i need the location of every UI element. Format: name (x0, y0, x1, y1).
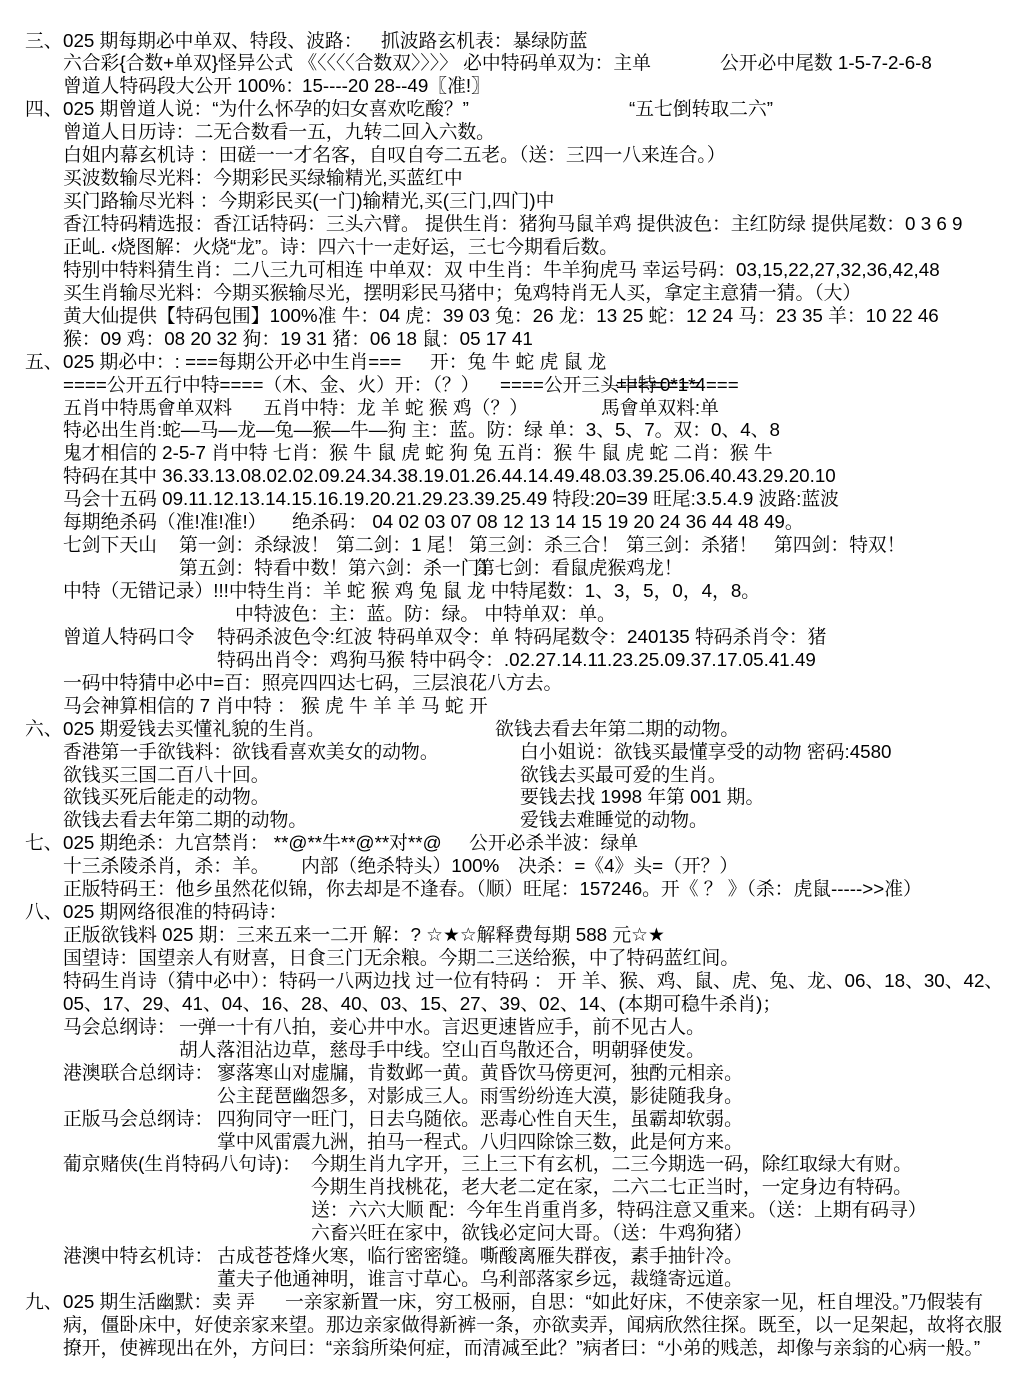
section-heading-line: 九、 025 期生活幽默：卖 弄 一亲家新置一床，穷工极丽，自思：“如此好床，不… (0, 1291, 1021, 1314)
poem-title: 马会总纲诗： (63, 1016, 176, 1039)
text-line: 病，僵卧床中，好使亲家来望。那边亲家做得新裤一条，亦欲卖弄，闻病欣然往探。既至，… (0, 1314, 1021, 1337)
text-line: 马会神算相信的 7 肖中特 ： 猴 虎 牛 羊 羊 马 蛇 开 (0, 695, 1021, 718)
text-line: 中特波色：主：蓝。防：绿。 中特单双：单。 (0, 603, 1021, 626)
line-label: 五肖中特馬會单双料 (63, 397, 232, 420)
line-text: 中特波色：主：蓝。防：绿。 中特单双：单。 (235, 603, 616, 626)
riddle-left: 欲钱买死后能走的动物。 (63, 786, 270, 809)
poem-line: 港澳中特玄机诗： 古成苍苍烽火寒，临行密密缝。嘶酸离雁失群夜，素手抽针冷。 (0, 1245, 1021, 1268)
line-text: 一码中特猜中必中=百：照亮四四达七码，三层浪花八方去。 (63, 672, 562, 695)
section-marker: 四、 (25, 98, 63, 121)
line-text: 曾道人日历诗：二无合数看一五，九转二回入六数。 (63, 121, 495, 144)
riddle-left: 欲钱买三国二百八十回。 (63, 764, 270, 787)
sword-item: 第四剑：特双！ (774, 534, 905, 557)
zodiac-list-text: 开：兔 牛 蛇 虎 鼠 龙 (430, 351, 606, 374)
poem-verse: 六畜兴旺在家中，欲钱必定问大哥。（送：牛鸡狗猪） (311, 1222, 752, 1245)
line-text: 特码在其中 36.33.13.08.02.02.09.24.34.38.19.0… (63, 465, 836, 488)
line-label: 七剑下天山 (63, 534, 157, 557)
text-line: 香港第一手欲钱料：欲钱看喜欢美女的动物。 白小姐说：欲钱买最懂享受的动物 密码:… (0, 741, 1021, 764)
line-text: 白姐内幕玄机诗 ：田磋一一才名客，自叹自夸二五老。（送：三四一八来连合。） (63, 144, 726, 167)
poem-verse: 寥落寒山对虚牖，肯数邺一黄。黄昏饮马傍更河，独酌元相亲。 (217, 1062, 743, 1085)
riddle-right: 爱钱去难睡觉的动物。 (520, 809, 708, 832)
line-text: 黄大仙提供【特码包围】100%准 牛：04 虎：39 03 兔：26 龙：13 … (63, 305, 939, 328)
riddle-hint-text: “五七倒转取二六” (629, 98, 773, 121)
text-line: 六合彩{合数+单双}怪异公式 《〈〈〈〈合数双〉〉〉〉 必中特码单双为：主单 公… (0, 52, 1021, 75)
text-line: 撩开，使裤现出在外，方问曰：“亲翁所染何症，而清减至此？”病者曰：“小弟的贱恙，… (0, 1337, 1021, 1360)
text-line: 05、17、29、41、04、16、28、40、03、15、27、39、02、1… (0, 993, 1021, 1016)
poem-verse: 今期生肖找桃花，老大老二定在家，二六二七正当时，一定身边有特码。 (311, 1176, 912, 1199)
riddle-right: 欲钱去看去年第二期的动物。 (495, 718, 739, 741)
line-text: 国望诗：国望亲人有财喜，日食三门无余粮。今期二三送给猴，中了特码蓝红间。 (63, 947, 739, 970)
text-line: 欲钱买三国二百八十回。 欲钱去买最可爱的生肖。 (0, 764, 1021, 787)
poem-title: 葡京赌侠(生肖特码八句诗)： (63, 1153, 301, 1176)
text-line: 曾道人日历诗：二无合数看一五，九转二回入六数。 (0, 121, 1021, 144)
line-text: 正乢. ‹烧图解：火烧“龙”。诗：四六十一走好运，三七今期看后数。 (63, 236, 618, 259)
riddle-right: 白小姐说：欲钱买最懂享受的动物 密码:4580 (520, 741, 892, 764)
poem-verse: 四狗同守一旺门，日去乌随依。恶毒心性自天生，虽霸却软弱。 (217, 1108, 743, 1131)
poem-verse: 一弹一十有八拍，妾心井中水。言迟更速皆应手，前不见古人。 (179, 1016, 705, 1039)
line-text: 内部（绝杀特头）100% (301, 855, 499, 878)
document-page: 三、 025 期每期必中单双、特段、波路： 抓波路玄机表：暴绿防蓝 六合彩{合数… (0, 0, 1021, 1388)
line-text: 买波数输尽光料：今期彩民买绿输精光,买蓝红中 (63, 167, 463, 190)
text-line: 特别中特料猜生肖：二八三九可相连 中单双：双 中生肖：牛羊狗虎马 幸运号码：03… (0, 259, 1021, 282)
section-heading-line: 八、 025 期网络很准的特码诗： (0, 901, 1021, 924)
poem-line: 今期生肖找桃花，老大老二定在家，二六二七正当时，一定身边有特码。 (0, 1176, 1021, 1199)
section-three-odd-even-wave: 三、 025 期每期必中单双、特段、波路： 抓波路玄机表：暴绿防蓝 六合彩{合数… (0, 30, 1021, 99)
section-heading-text: 025 期绝杀：九宫禁肖： **@**牛**@**对**@ (63, 832, 442, 855)
line-text: 猴：09 鸡：08 20 32 狗：19 31 猪：06 18 鼠：05 17 … (63, 328, 533, 351)
poem-line: 马会总纲诗： 一弹一十有八拍，妾心井中水。言迟更速皆应手，前不见古人。 (0, 1016, 1021, 1039)
tail-numbers-text: 公开必中尾数 1-5-7-2-6-8 (720, 52, 932, 75)
riddle-left: 欲钱去看去年第二期的动物。 (63, 809, 307, 832)
poem-verse: 公主琵琶幽怨多，对影成三人。雨雪纷纷连大漠，影徒随我身。 (217, 1085, 743, 1108)
sword-item: 第二剑：1 尾！ (336, 534, 464, 557)
text-line: 特码出肖令：鸡狗马猴 特中码令：.02.27.14.11.23.25.09.37… (0, 649, 1021, 672)
odd-even-text: 馬會单双料:单 (601, 397, 719, 420)
poem-line: 公主琵琶幽怨多，对影成三人。雨雪纷纷连大漠，影徒随我身。 (0, 1085, 1021, 1108)
section-marker: 五、 (25, 351, 63, 374)
line-text: 马会神算相信的 7 肖中特 ： 猴 虎 牛 羊 羊 马 蛇 开 (63, 695, 488, 718)
section-marker: 九、 (25, 1291, 63, 1314)
text-line: 欲钱买死后能走的动物。 要钱去找 1998 年第 001 期。 (0, 786, 1021, 809)
poem-line: 葡京赌侠(生肖特码八句诗)： 今期生肖九字开，三上三下有玄机，二三今期选一码，除… (0, 1153, 1021, 1176)
poem-title: 港澳联合总纲诗： (63, 1062, 213, 1085)
wave-mystery-table-text: 抓波路玄机表：暴绿防蓝 (381, 30, 588, 53)
text-line: 买门路输尽光料 ：今期彩民买(一门)输精光,买(三门,四门)中 (0, 190, 1021, 213)
poem-verse: 今期生肖九字开，三上三下有玄机，二三今期选一码，除红取绿大有财。 (311, 1153, 912, 1176)
poem-verse: 掌中风雷震九洲，拍马一程式。八归四除馀三数，此是何方来。 (217, 1131, 743, 1154)
sword-item: 第一剑：杀绿波！ (179, 534, 329, 557)
sword-item: 第三剑：杀猪！ (626, 534, 757, 557)
line-label: 曾道人特码口令 (63, 626, 194, 649)
text-line: 五肖中特馬會单双料 五肖中特：龙 羊 蛇 猴 鸡（？） 馬會单双料:单 (0, 397, 1021, 420)
section-heading-line: 七、 025 期绝杀：九宫禁肖： **@**牛**@**对**@ 公开必杀半波：… (0, 832, 1021, 855)
poem-verse: 董夫子他通神明，谁言寸草心。乌利部落家乡远，裁缝寄远道。 (217, 1268, 743, 1291)
section-marker: 七、 (25, 832, 63, 855)
text-line: 鬼才相信的 2-5-7 肖中特 七肖：猴 牛 鼠 虎 蛇 狗 兔 五肖：猴 牛 … (0, 442, 1021, 465)
section-heading-line: 五、 025 期必中：: ===每期公开必中生肖=== 开：兔 牛 蛇 虎 鼠 … (0, 351, 1021, 374)
story-text: 撩开，使裤现出在外，方问曰：“亲翁所染何症，而清减至此？”病者曰：“小弟的贱恙，… (63, 1337, 980, 1360)
line-text: 正版特码王：他乡虽然花似锦，你去却是不逢春。（顺）旺尾：157246。开《 ？ … (63, 878, 922, 901)
formula-text: 六合彩{合数+单双}怪异公式 《〈〈〈〈合数双〉〉〉〉 必中特码单双为：主单 (63, 52, 651, 75)
segment-range-text: 15----20 28--49〖准!〗 (302, 75, 490, 98)
text-line: 七剑下天山 第一剑：杀绿波！ 第二剑：1 尾！ 第三剑：杀三合！ 第三剑：杀猪！… (0, 534, 1021, 557)
poem-line: 送：六六大顺 配：今年生肖重肖多，特码注意又重来。（送：上期有码寻） (0, 1199, 1021, 1222)
line-text: 特码出肖令：鸡狗马猴 特中码令：.02.27.14.11.23.25.09.37… (217, 649, 816, 672)
line-text: 特必出生肖:蛇—马—龙—兔—猴—牛—狗 主：蓝。防：绿 单：3、5、7。双：0、… (63, 419, 780, 442)
line-text: 鬼才相信的 2-5-7 肖中特 七肖：猴 牛 鼠 虎 蛇 狗 兔 五肖：猴 牛 … (63, 442, 773, 465)
text-line: 黄大仙提供【特码包围】100%准 牛：04 虎：39 03 兔：26 龙：13 … (0, 305, 1021, 328)
text-line: 曾道人特码口令 特码杀波色令:红波 特码单双令：单 特码尾数令：240135 特… (0, 626, 1021, 649)
section-seven-kill: 七、 025 期绝杀：九宫禁肖： **@**牛**@**对**@ 公开必杀半波：… (0, 832, 1021, 901)
section-heading-text: 025 期网络很准的特码诗： (63, 901, 287, 924)
poem-verse: 胡人落泪沾边草，慈母手中线。空山百鸟散还合，明朝驿使发。 (179, 1039, 705, 1062)
text-line: 正乢. ‹烧图解：火烧“龙”。诗：四六十一走好运，三七今期看后数。 (0, 236, 1021, 259)
text-line: 买生肖输尽光料：今期买猴输尽光，摆明彩民马猪中；兔鸡特肖无人买，拿定主意猜一猜。… (0, 282, 1021, 305)
riddle-left: 香港第一手欲钱料：欲钱看喜欢美女的动物。 (63, 741, 439, 764)
line-text: 特别中特料猜生肖：二八三九可相连 中单双：双 中生肖：牛羊狗虎马 幸运号码：03… (63, 259, 940, 282)
story-text: 一亲家新置一床，穷工极丽，自思：“如此好床，不使亲家一见，枉自埋没。”乃假装有 (285, 1291, 983, 1314)
three-heads-value: ====0*1*4=== (616, 374, 739, 397)
sword-item: 第三剑：杀三合！ (469, 534, 619, 557)
poem-line: 六畜兴旺在家中，欲钱必定问大哥。（送：牛鸡狗猪） (0, 1222, 1021, 1245)
five-elements-text: ====公开五行中特====（木、金、火）开：（？） (63, 374, 479, 397)
text-line: 白姐内幕玄机诗 ：田磋一一才名客，自叹自夸二五老。（送：三四一八来连合。） (0, 144, 1021, 167)
text-line: 香江特码精选报：香江话特码：三头六臂。 提供生肖：猪狗马鼠羊鸡 提供波色：主红防… (0, 213, 1021, 236)
segment-label: 曾道人特码段大公开 100%： (63, 75, 304, 98)
text-line: 每期绝杀码（准!准!准!） 绝杀码： 04 02 03 07 08 12 13 … (0, 511, 1021, 534)
text-line: 特码在其中 36.33.13.08.02.02.09.24.34.38.19.0… (0, 465, 1021, 488)
text-line: 买波数输尽光料：今期彩民买绿输精光,买蓝红中 (0, 167, 1021, 190)
text-line: 猴：09 鸡：08 20 32 狗：19 31 猪：06 18 鼠：05 17 … (0, 328, 1021, 351)
section-heading-text: 025 期每期必中单双、特段、波路： (63, 30, 363, 53)
section-marker: 八、 (25, 901, 63, 924)
line-text: 正版欲钱料 025 期：三来五来一二开 解：? ☆★☆解释费每期 588 元☆★ (63, 924, 665, 947)
poem-title: 港澳中特玄机诗： (63, 1245, 213, 1268)
poem-line: 港澳联合总纲诗： 寥落寒山对虚牖，肯数邺一黄。黄昏饮马傍更河，独酌元相亲。 (0, 1062, 1021, 1085)
line-label: 每期绝杀码（准!准!准!） (63, 511, 266, 534)
section-heading-text: 025 期爱钱去买懂礼貌的生肖。 (63, 718, 325, 741)
text-line: 第五剑：特看中数！ 第六剑：杀一门！ 第七剑：看鼠虎猴鸡龙！ (0, 557, 1021, 580)
poem-line: 董夫子他通神明，谁言寸草心。乌利部落家乡远，裁缝寄远道。 (0, 1268, 1021, 1291)
text-line: 国望诗：国望亲人有财喜，日食三门无余粮。今期二三送给猴，中了特码蓝红间。 (0, 947, 1021, 970)
section-heading-text: 025 期必中：: ===每期公开必中生肖=== (63, 351, 401, 374)
poem-line: 正版马会总纲诗： 四狗同守一旺门，日去乌随依。恶毒心性自天生，虽霸却软弱。 (0, 1108, 1021, 1131)
story-text: 病，僵卧床中，好使亲家来望。那边亲家做得新裤一条，亦欲卖弄，闻病欣然往探。既至，… (63, 1314, 1002, 1337)
section-heading-text: 025 期曾道人说：“为什么怀孕的妇女喜欢吃酸？” (63, 98, 469, 121)
text-line: 特码生肖诗（猜中必中）：特码一八两边找 过一位有特码 ： 开 羊、猴、鸡、鼠、虎… (0, 970, 1021, 993)
text-line: 中特（无错记录）!!!中特生肖：羊 蛇 猴 鸡 兔 鼠 龙 中特尾数：1、3，5… (0, 580, 1021, 603)
poem-line: 胡人落泪沾边草，慈母手中线。空山百鸟散还合，明朝驿使发。 (0, 1039, 1021, 1062)
text-line: 正版特码王：他乡虽然花似锦，你去却是不逢春。（顺）旺尾：157246。开《 ？ … (0, 878, 1021, 901)
text-line: ====公开五行中特====（木、金、火）开：（？） ====公开三头中特===… (0, 374, 1021, 397)
line-text: 买门路输尽光料 ：今期彩民买(一门)输精光,买(三门,四门)中 (63, 190, 554, 213)
line-text: 买生肖输尽光料：今期买猴输尽光，摆明彩民马猪中；兔鸡特肖无人买，拿定主意猜一猜。… (63, 282, 861, 305)
section-four-sayings: 四、 025 期曾道人说：“为什么怀孕的妇女喜欢吃酸？” “五七倒转取二六” 曾… (0, 98, 1021, 350)
poem-title: 正版马会总纲诗： (63, 1108, 213, 1131)
sword-item: 第七剑：看鼠虎猴鸡龙！ (476, 557, 683, 580)
riddle-right: 要钱去找 1998 年第 001 期。 (520, 786, 764, 809)
line-text: 马会十五码 09.11.12.13.14.15.16.19.20.21.29.2… (63, 488, 839, 511)
line-text: 特码生肖诗（猜中必中）：特码一八两边找 过一位有特码 ： 开 羊、猴、鸡、鼠、虎… (63, 970, 1003, 993)
poem-line: 掌中风雷震九洲，拍马一程式。八归四除馀三数，此是何方来。 (0, 1131, 1021, 1154)
section-heading-line: 三、 025 期每期必中单双、特段、波路： 抓波路玄机表：暴绿防蓝 (0, 30, 1021, 53)
text-line: 正版欲钱料 025 期：三来五来一二开 解：? ☆★☆解释费每期 588 元☆★ (0, 924, 1021, 947)
riddle-right: 欲钱去买最可爱的生肖。 (520, 764, 727, 787)
five-zodiac-text: 五肖中特：龙 羊 蛇 猴 鸡（？） (263, 397, 528, 420)
line-text: 十三杀陵杀肖，杀：羊。 (63, 855, 270, 878)
section-heading-line: 六、 025 期爱钱去买懂礼貌的生肖。 欲钱去看去年第二期的动物。 (0, 718, 1021, 741)
section-marker: 三、 (25, 30, 63, 53)
line-text: 决杀：=《4》头=（开？） (518, 855, 738, 878)
text-line: 曾道人特码段大公开 100%： 15----20 28--49〖准!〗 (0, 75, 1021, 98)
kill-numbers-text: 绝杀码： 04 02 03 07 08 12 13 14 15 19 20 24… (292, 511, 804, 534)
poem-verse: 古成苍苍烽火寒，临行密密缝。嘶酸离雁失群夜，素手抽针冷。 (217, 1245, 743, 1268)
sword-item: 第五剑：特看中数！ (179, 557, 348, 580)
section-heading-line: 四、 025 期曾道人说：“为什么怀孕的妇女喜欢吃酸？” “五七倒转取二六” (0, 98, 1021, 121)
text-line: 马会十五码 09.11.12.13.14.15.16.19.20.21.29.2… (0, 488, 1021, 511)
section-six-riddles: 六、 025 期爱钱去买懂礼貌的生肖。 欲钱去看去年第二期的动物。 香港第一手欲… (0, 718, 1021, 833)
line-text: 特码杀波色令:红波 特码单双令：单 特码尾数令：240135 特码杀肖令：猪 (217, 626, 826, 649)
text-line: 一码中特猜中必中=百：照亮四四达七码，三层浪花八方去。 (0, 672, 1021, 695)
section-heading-text: 025 期生活幽默：卖 弄 (63, 1291, 255, 1314)
line-text: 香江特码精选报：香江话特码：三头六臂。 提供生肖：猪狗马鼠羊鸡 提供波色：主红防… (63, 213, 962, 236)
section-eight-poems: 八、 025 期网络很准的特码诗： 正版欲钱料 025 期：三来五来一二开 解：… (0, 901, 1021, 1291)
half-wave-text: 公开必杀半波：绿单 (469, 832, 638, 855)
text-line: 十三杀陵杀肖，杀：羊。 内部（绝杀特头）100% 决杀：=《4》头=（开？） (0, 855, 1021, 878)
line-text: 05、17、29、41、04、16、28、40、03、15、27、39、02、1… (63, 993, 781, 1016)
section-nine-humor: 九、 025 期生活幽默：卖 弄 一亲家新置一床，穷工极丽，自思：“如此好床，不… (0, 1291, 1021, 1360)
section-marker: 六、 (25, 718, 63, 741)
text-line: 欲钱去看去年第二期的动物。 爱钱去难睡觉的动物。 (0, 809, 1021, 832)
line-text: 中特（无错记录）!!!中特生肖：羊 蛇 猴 鸡 兔 鼠 龙 中特尾数：1、3，5… (63, 580, 760, 603)
text-line: 特必出生肖:蛇—马—龙—兔—猴—牛—狗 主：蓝。防：绿 单：3、5、7。双：0、… (0, 419, 1021, 442)
section-five-must-win: 五、 025 期必中：: ===每期公开必中生肖=== 开：兔 牛 蛇 虎 鼠 … (0, 351, 1021, 718)
poem-verse: 送：六六大顺 配：今年生肖重肖多，特码注意又重来。（送：上期有码寻） (311, 1199, 927, 1222)
